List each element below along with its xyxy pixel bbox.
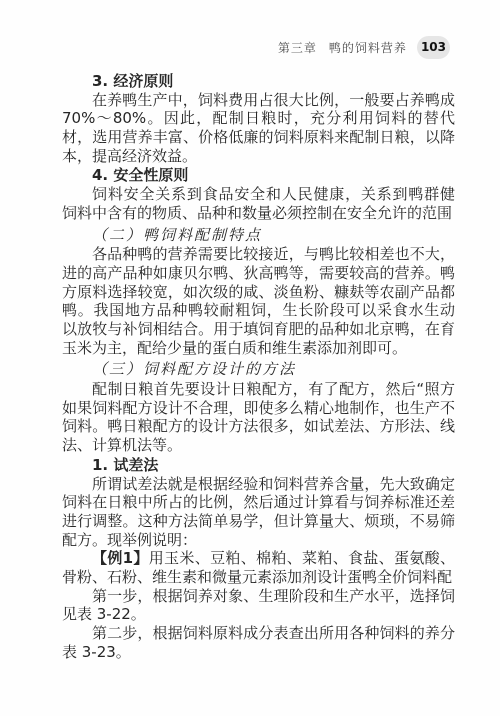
- text-line: 在养鸭生产中，饲料费用占很大比例，一般要占养鸭成本的: [62, 91, 455, 110]
- text-line: 骨粉、石粉、维生素和微量元素添加剂设计蛋鸭全价饲料配方。: [62, 568, 455, 587]
- text-line: 【例1】用玉米、豆粕、棉粕、菜粕、食盐、蛋氨酸、赖氨酸、: [62, 549, 455, 568]
- text-line: 材，选用营养丰富、价格低廉的饲料原料来配制日粮，以降低生产成: [62, 128, 455, 147]
- text-line: 进的高产品种如康贝尔鸭、狄高鸭等，需要较高的营养。鸭饲料的配: [62, 264, 455, 283]
- paragraph: 所谓试差法就是根据经验和饲料营养含量，先大致确定一下各类饲料在日粮中所占的比例，…: [62, 475, 455, 550]
- section-heading: 4. 安全性原则: [62, 166, 455, 185]
- paragraph: 【例1】用玉米、豆粕、棉粕、菜粕、食盐、蛋氨酸、赖氨酸、骨粉、石粉、维生素和微量…: [62, 549, 455, 586]
- text-line: 各品种鸭的营养需要比较接近，与鸭比较相差也不大，尤其是引: [62, 245, 455, 264]
- text-line: 饲料在日粮中所占的比例，然后通过计算看与饲养标准还差多少，再: [62, 493, 455, 512]
- paragraph: 配制日粮首先要设计日粮配方，有了配方，然后“照方抓药”。如果饲料配方设计不合理，…: [62, 380, 455, 455]
- text-line: 进行调整。这种方法简单易学，但计算量大、烦琐，不易筛选出最佳: [62, 512, 455, 531]
- text-line: 如果饲料配方设计不合理，即使多么精心地制作，也生产不出合格的: [62, 399, 455, 418]
- running-header: 第三章 鸭的饲料营养 103: [278, 36, 450, 59]
- text-line: 法、计算机法等。: [62, 436, 455, 455]
- text-line: 饲料安全关系到食品安全和人民健康，关系到鸭群健康。所以，: [62, 185, 455, 204]
- book-page: 第三章 鸭的饲料营养 103 3. 经济原则在养鸭生产中，饲料费用占很大比例，一…: [0, 0, 500, 716]
- text-line: 玉米为主，配给少量的蛋白质和维生素添加剂即可。: [62, 339, 455, 358]
- chapter-title: 鸭的饲料营养: [329, 39, 407, 56]
- subsection-heading: （三）饲料配方设计的方法: [62, 360, 455, 379]
- text-line: 方原料选择较宽，如次级的咸、淡鱼粉、糠麸等农副产品都可以喂: [62, 283, 455, 302]
- text-line: 70%～80%。因此，配制日粮时，充分利用饲料的替代性，就地取: [62, 109, 455, 128]
- text-line: 所谓试差法就是根据经验和饲料营养含量，先大致确定一下各类: [62, 475, 455, 494]
- section-heading: 3. 经济原则: [62, 72, 455, 91]
- text-line: 第二步，根据饲料原料成分表查出所用各种饲料的养分含量，见: [62, 624, 455, 643]
- page-body: 3. 经济原则在养鸭生产中，饲料费用占很大比例，一般要占养鸭成本的70%～80%…: [62, 71, 455, 661]
- paragraph: 饲料安全关系到食品安全和人民健康，关系到鸭群健康。所以，饲料中含有的物质、品种和…: [62, 185, 455, 222]
- text-line: 表 3-23。: [62, 643, 455, 662]
- subsection-heading: （二）鸭饲料配制特点: [62, 226, 455, 245]
- text-line: 见表 3-22。: [62, 605, 455, 624]
- paragraph: 各品种鸭的营养需要比较接近，与鸭比较相差也不大，尤其是引进的高产品种如康贝尔鸭、…: [62, 245, 455, 357]
- text-line: 饲料中含有的物质、品种和数量必须控制在安全允许的范围内。: [62, 204, 455, 223]
- text-line: 配方。现举例说明：: [62, 531, 455, 550]
- paragraph: 第一步，根据饲养对象、生理阶段和生产水平，选择饲养标准，见表 3-22。: [62, 587, 455, 624]
- chapter-label: 第三章: [278, 39, 317, 56]
- section-heading: 1. 试差法: [62, 456, 455, 475]
- text-line: 本，提高经济效益。: [62, 147, 455, 166]
- page-number-badge: 103: [417, 36, 450, 59]
- paragraph: 在养鸭生产中，饲料费用占很大比例，一般要占养鸭成本的70%～80%。因此，配制日…: [62, 91, 455, 166]
- text-line: 配制日粮首先要设计日粮配方，有了配方，然后“照方抓药”。: [62, 380, 455, 399]
- example-label: 【例1】: [92, 549, 149, 567]
- paragraph: 第二步，根据饲料原料成分表查出所用各种饲料的养分含量，见表 3-23。: [62, 624, 455, 661]
- text-line: 鸭。我国地方品种鸭较耐粗饲，生长阶段可以采食水生动物，成鸭可: [62, 301, 455, 320]
- text-line: 以放牧与补饲相结合。用于填饲育肥的品种如北京鸭，在育肥期则以: [62, 320, 455, 339]
- text-line: 饲料。鸭日粮配方的设计方法很多，如试差法、方形法、线性规划: [62, 417, 455, 436]
- text-line: 第一步，根据饲养对象、生理阶段和生产水平，选择饲养标准，: [62, 587, 455, 606]
